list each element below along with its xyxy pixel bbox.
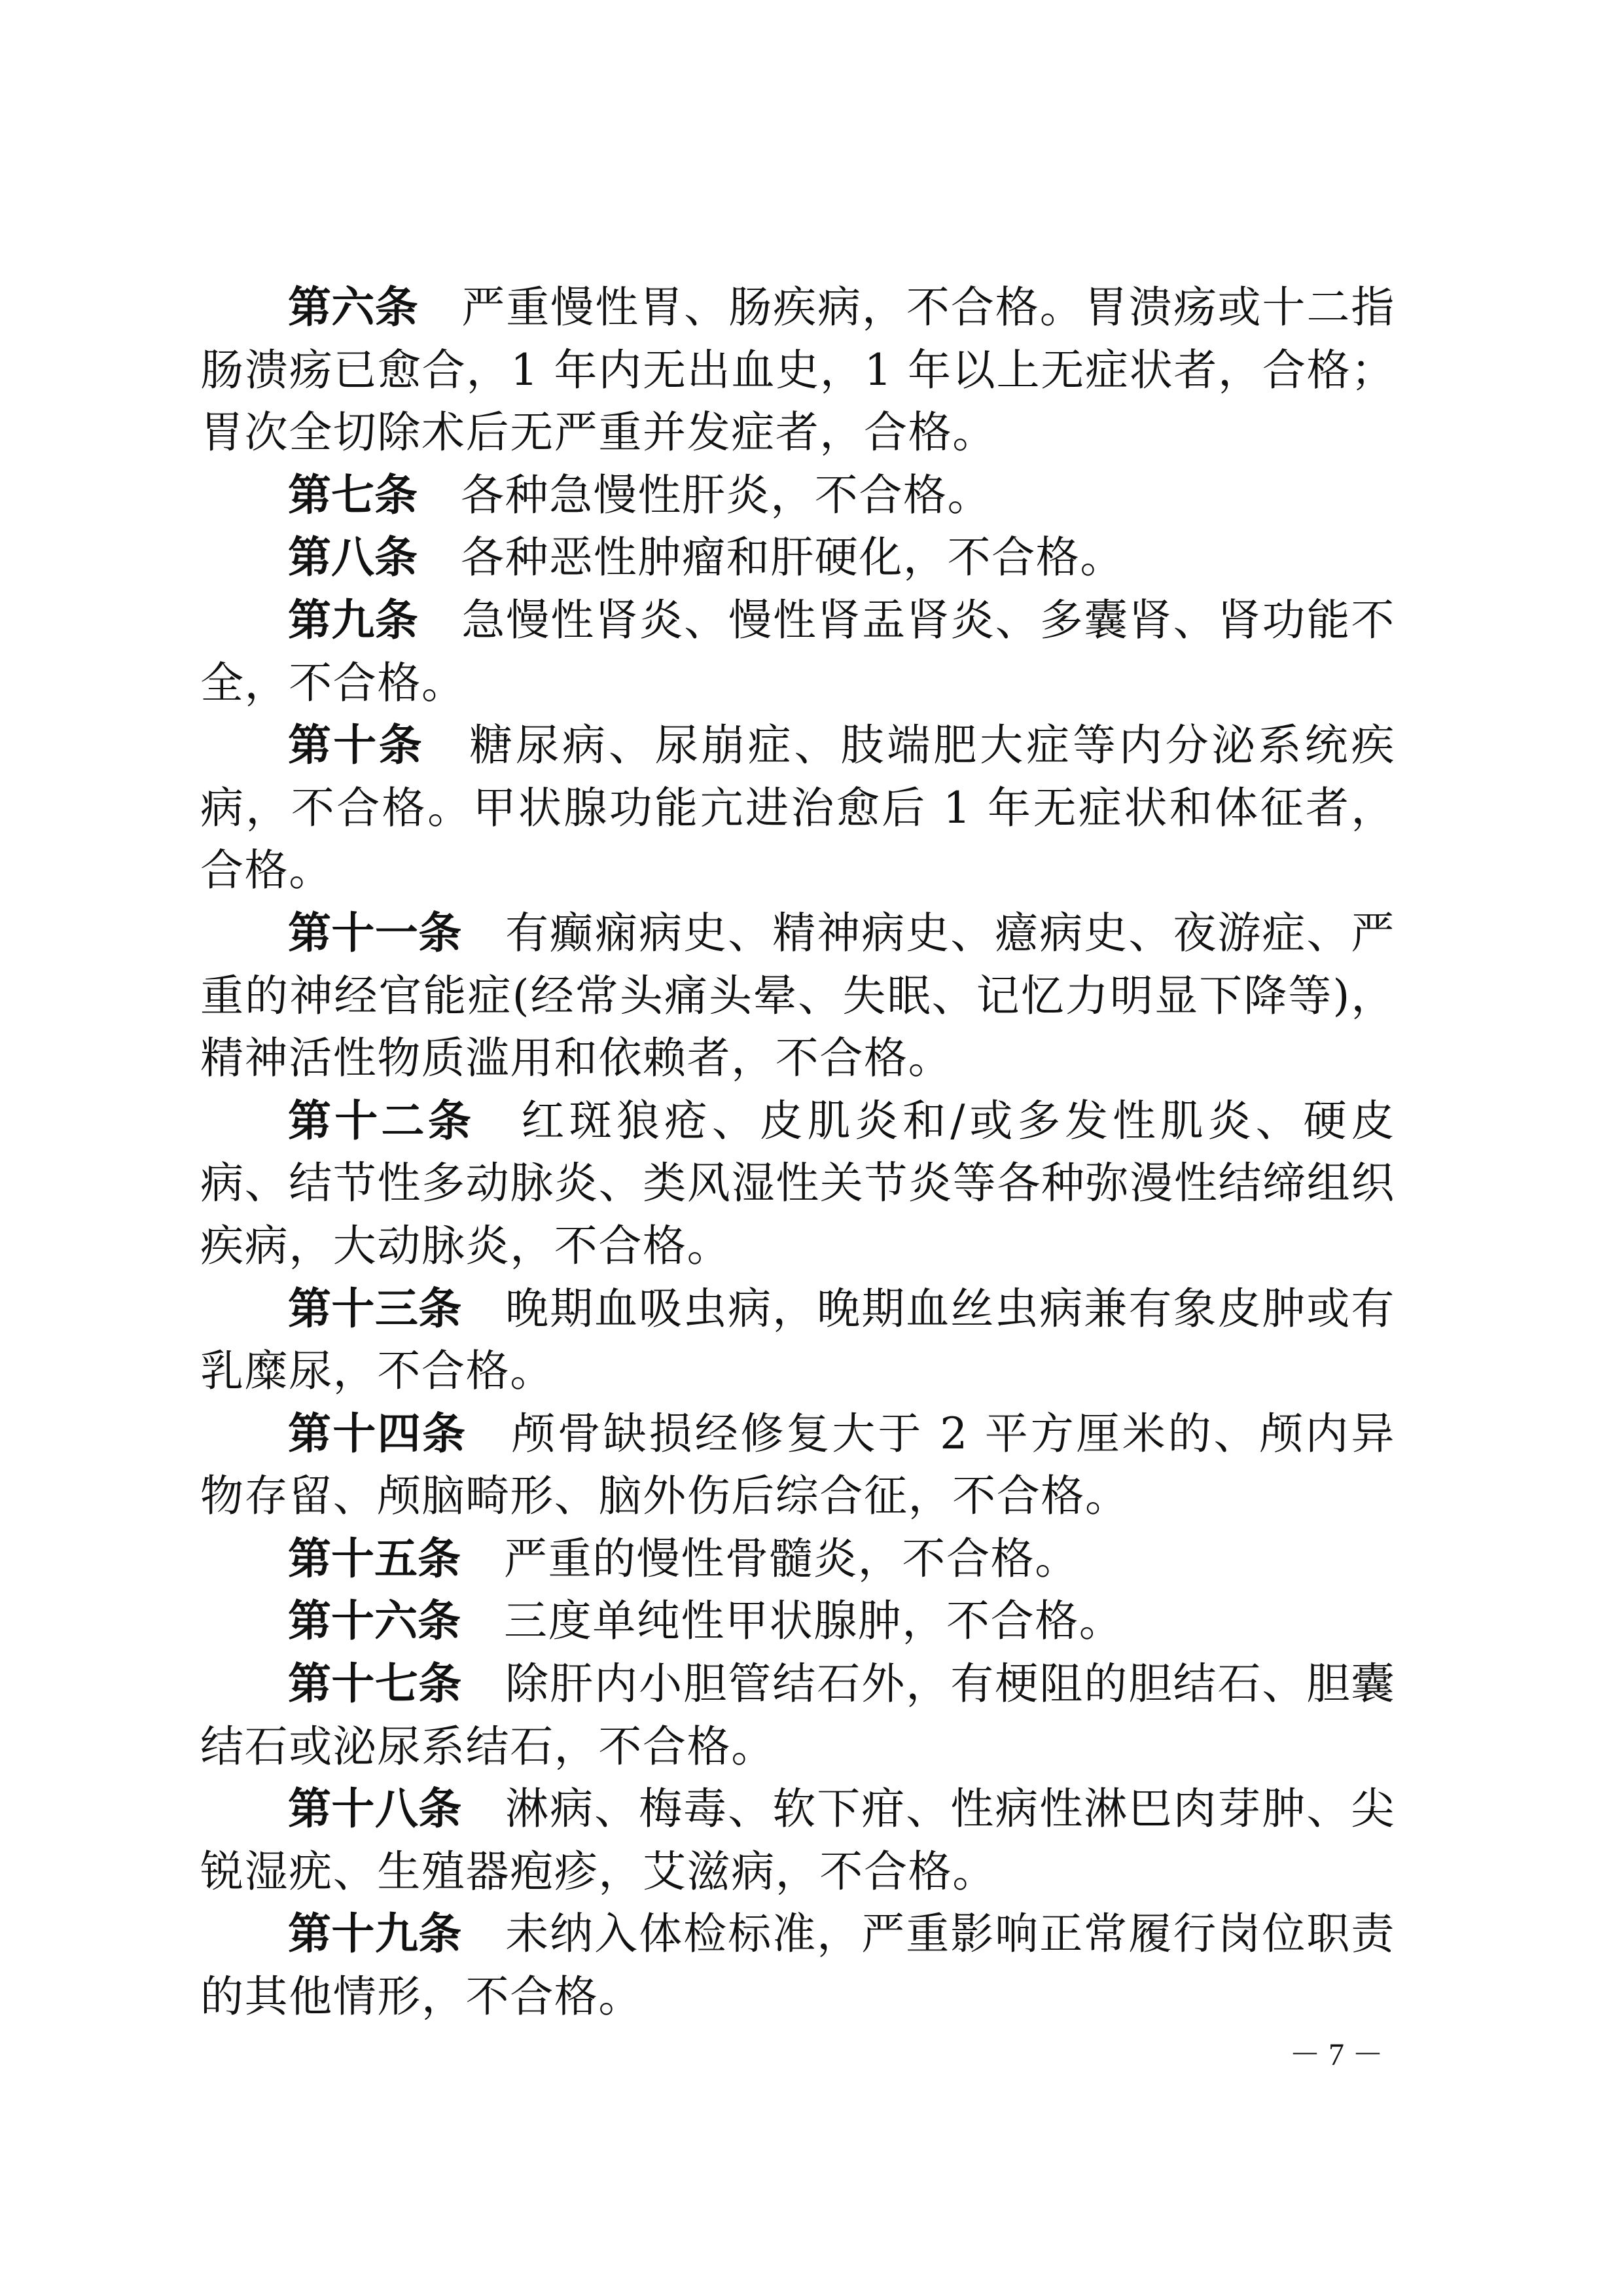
article-12: 第十二条红斑狼疮、皮肌炎和/或多发性肌炎、硬皮病、结节性多动脉炎、类风湿性关节炎… (200, 1090, 1395, 1278)
article-label: 第十八条 (288, 1784, 462, 1834)
article-label: 第十七条 (288, 1659, 462, 1709)
article-6: 第六条严重慢性胃、肠疾病，不合格。胃溃疡或十二指肠溃疡已愈合，1 年内无出血史，… (200, 276, 1395, 464)
article-label: 第十三条 (288, 1283, 462, 1334)
article-17: 第十七条除肝内小胆管结石外，有梗阻的胆结石、胆囊结石或泌尿系结石，不合格。 (200, 1653, 1395, 1778)
article-11: 第十一条有癫痫病史、精神病史、癔病史、夜游症、严重的神经官能症(经常头痛头晕、失… (200, 902, 1395, 1090)
page-number: － 7 － (1284, 2034, 1389, 2076)
article-15: 第十五条严重的慢性骨髓炎，不合格。 (200, 1528, 1395, 1590)
article-18: 第十八条淋病、梅毒、软下疳、性病性淋巴肉芽肿、尖锐湿疣、生殖器疱疹，艾滋病，不合… (200, 1778, 1395, 1903)
article-7: 第七条各种急慢性肝炎，不合格。 (200, 464, 1395, 527)
article-text: 三度单纯性甲状腺肿，不合格。 (504, 1596, 1123, 1646)
article-9: 第九条急慢性肾炎、慢性肾盂肾炎、多囊肾、肾功能不全，不合格。 (200, 589, 1395, 714)
article-14: 第十四条颅骨缺损经修复大于 2 平方厘米的、颅内异物存留、颅脑畸形、脑外伤后综合… (200, 1403, 1395, 1528)
article-label: 第八条 (288, 532, 418, 583)
article-label: 第十四条 (288, 1408, 467, 1459)
article-label: 第十六条 (288, 1596, 461, 1646)
article-label: 第十九条 (288, 1909, 462, 1959)
article-13: 第十三条晚期血吸虫病，晚期血丝虫病兼有象皮肿或有乳糜尿，不合格。 (200, 1278, 1395, 1403)
article-19: 第十九条未纳入体检标准，严重影响正常履行岗位职责的其他情形，不合格。 (200, 1903, 1395, 2028)
article-label: 第六条 (288, 282, 418, 332)
article-16: 第十六条三度单纯性甲状腺肿，不合格。 (200, 1590, 1395, 1653)
article-10: 第十条糖尿病、尿崩症、肢端肥大症等内分泌系统疾病，不合格。甲状腺功能亢进治愈后 … (200, 714, 1395, 902)
article-text: 各种恶性肿瘤和肝硬化，不合格。 (461, 532, 1124, 583)
article-label: 第十五条 (288, 1534, 461, 1584)
article-label: 第十条 (288, 720, 424, 770)
article-8: 第八条各种恶性肿瘤和肝硬化，不合格。 (200, 526, 1395, 589)
article-text: 各种急慢性肝炎，不合格。 (461, 470, 991, 520)
article-label: 第十二条 (288, 1096, 474, 1146)
document-page: 第六条严重慢性胃、肠疾病，不合格。胃溃疡或十二指肠溃疡已愈合，1 年内无出血史，… (0, 0, 1623, 2296)
article-text: 严重的慢性骨髓炎，不合格。 (504, 1534, 1079, 1584)
article-label: 第十一条 (288, 908, 462, 958)
article-label: 第九条 (288, 595, 418, 645)
article-label: 第七条 (288, 470, 418, 520)
document-body: 第六条严重慢性胃、肠疾病，不合格。胃溃疡或十二指肠溃疡已愈合，1 年内无出血史，… (200, 276, 1395, 2028)
